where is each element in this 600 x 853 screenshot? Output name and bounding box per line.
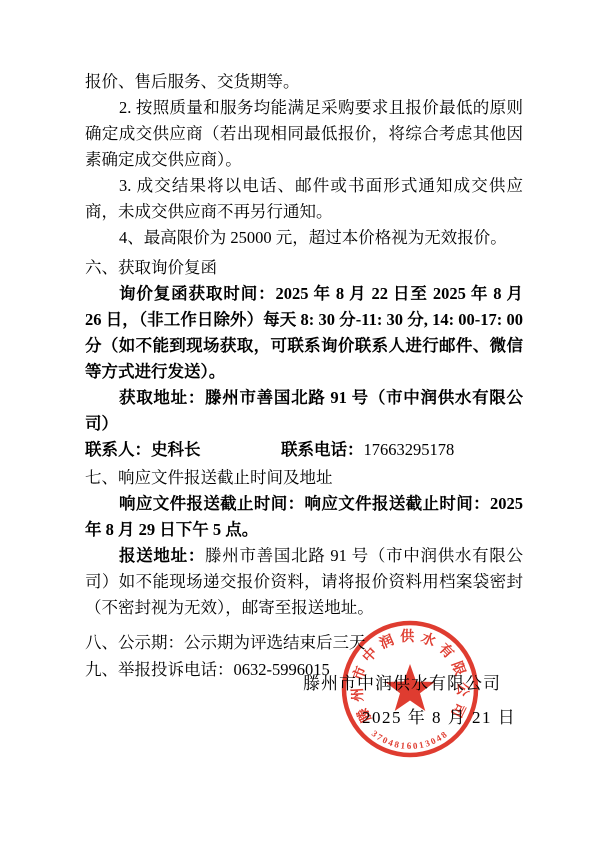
submission-address-paragraph: 报送地址：滕州市善国北路 91 号（市中润供水有限公司）如不能现场递交报价资料，… <box>85 543 523 621</box>
contact-name: 史科长 <box>151 440 201 459</box>
reply-letter-time: 询价复函获取时间：2025 年 8 月 22 日至 2025 年 8 月 26 … <box>85 281 523 385</box>
contact-person: 联系人：史科长 <box>85 437 281 463</box>
rule-item-4: 4、最高限价为 25000 元，超过本价格视为无效报价。 <box>85 225 523 251</box>
submission-deadline: 响应文件报送截止时间：响应文件报送截止时间：2025 年 8 月 29 日下午 … <box>85 491 523 543</box>
section-7-heading: 七、响应文件报送截止时间及地址 <box>85 465 523 491</box>
document-page: 报价、售后服务、交货期等。 2. 按照质量和服务均能满足采购要求且报价最低的原则… <box>0 0 600 853</box>
rule-item-2: 2. 按照质量和服务均能满足采购要求且报价最低的原则确定成交供应商（若出现相同最… <box>85 95 523 173</box>
company-seal-stamp: 滕州市中润供水有限公司 3704816013048 <box>335 614 485 764</box>
stamp-star-icon <box>385 664 434 711</box>
document-body: 报价、售后服务、交货期等。 2. 按照质量和服务均能满足采购要求且报价最低的原则… <box>85 69 523 683</box>
intro-line: 报价、售后服务、交货期等。 <box>85 69 523 95</box>
contact-line: 联系人：史科长联系电话：17663295178 <box>85 437 523 463</box>
phone-label: 联系电话： <box>281 440 364 459</box>
section-6-heading: 六、获取询价复函 <box>85 255 523 281</box>
rule-item-3: 3. 成交结果将以电话、邮件或书面形式通知成交供应商，未成交供应商不再另行通知。 <box>85 173 523 225</box>
phone-number: 17663295178 <box>364 440 455 459</box>
pickup-address-label: 获取地址： <box>119 388 205 407</box>
contact-label: 联系人： <box>85 440 151 459</box>
pickup-address-line: 获取地址：滕州市善国北路 91 号（市中润供水有限公司） <box>85 385 523 437</box>
submission-address-label: 报送地址： <box>119 546 205 565</box>
